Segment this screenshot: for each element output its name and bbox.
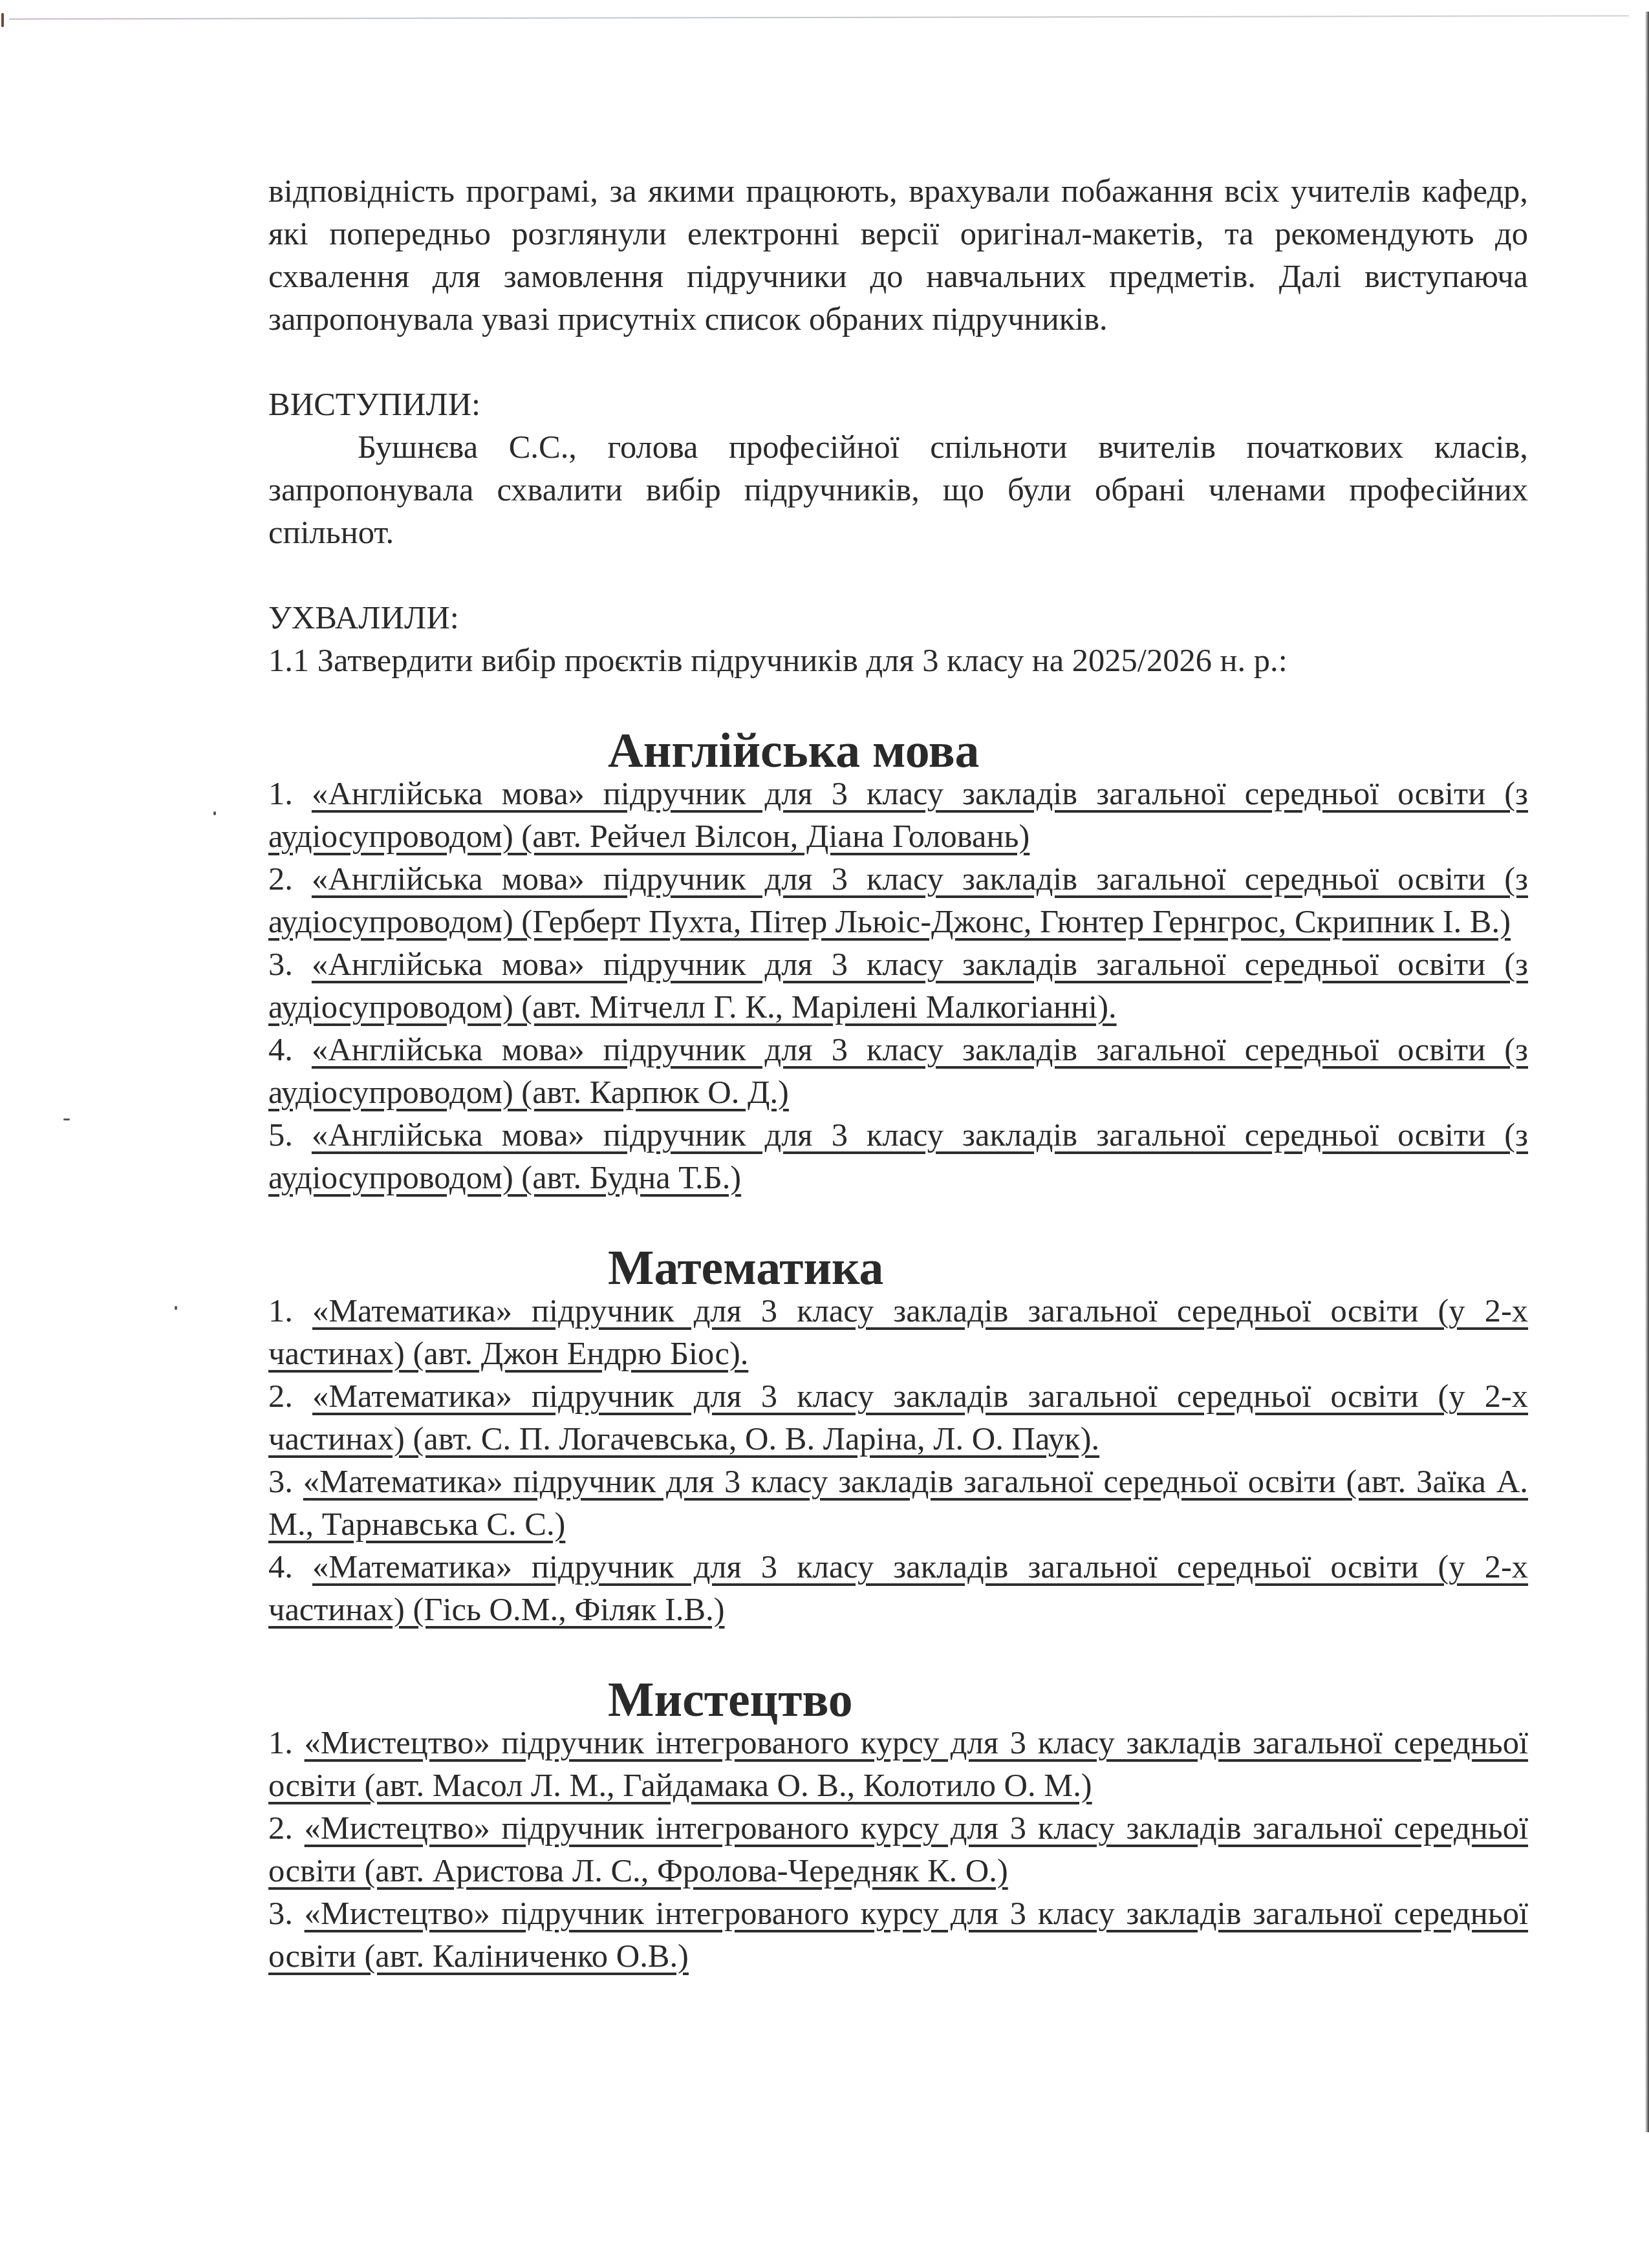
- scan-edge-line: [9, 15, 1629, 19]
- spacer: [268, 681, 1528, 729]
- scan-left-mark: [1, 13, 4, 27]
- item-text: «Математика» підручник для 3 класу закла…: [268, 1378, 1528, 1457]
- spoke-paragraph: Бушнєва С.С., голова професійної спільно…: [268, 425, 1528, 553]
- intro-paragraph: відповідність програмі, за якими працюют…: [268, 169, 1528, 340]
- scan-speck: [175, 1306, 177, 1310]
- section-title-english: Англійська мова: [268, 729, 1528, 772]
- item-text: «Математика» підручник для 3 класу закла…: [268, 1292, 1528, 1371]
- list-item: 2. «Мистецтво» підручник інтегрованого к…: [268, 1806, 1528, 1892]
- item-number: 3.: [268, 1895, 293, 1931]
- item-text: «Мистецтво» підручник інтегрованого курс…: [268, 1810, 1528, 1888]
- item-number: 3.: [268, 946, 293, 982]
- spoke-label: ВИСТУПИЛИ:: [268, 383, 1528, 425]
- item-number: 4.: [268, 1031, 293, 1067]
- list-item: 1. «Мистецтво» підручник інтегрованого к…: [268, 1721, 1528, 1806]
- list-item: 4. «Математика» підручник для 3 класу за…: [268, 1545, 1528, 1631]
- resolution-line: 1.1 Затвердити вибір проєктів підручникі…: [268, 639, 1528, 681]
- spacer: [268, 553, 1528, 596]
- item-text: «Математика» підручник для 3 класу закла…: [268, 1548, 1528, 1627]
- item-number: 2.: [268, 1378, 293, 1414]
- scan-right-edge-shadow: [1645, 12, 1649, 2132]
- section-english: Англійська мова 1. «Англійська мова» під…: [268, 729, 1528, 1199]
- item-number: 1.: [268, 775, 293, 811]
- document-page: відповідність програмі, за якими працюют…: [268, 169, 1528, 1977]
- item-text: «Англійська мова» підручник для 3 класу …: [268, 861, 1528, 939]
- item-number: 1.: [268, 1292, 293, 1329]
- resolved-label: УХВАЛИЛИ:: [268, 596, 1528, 639]
- list-item: 2. «Математика» підручник для 3 класу за…: [268, 1375, 1528, 1460]
- scan-speck: [63, 1118, 70, 1120]
- section-mathematics: Математика 1. «Математика» підручник для…: [268, 1246, 1528, 1631]
- item-number: 2.: [268, 1810, 293, 1846]
- item-text: «Англійська мова» підручник для 3 класу …: [268, 946, 1528, 1025]
- textbook-list-mathematics: 1. «Математика» підручник для 3 класу за…: [268, 1289, 1528, 1631]
- section-title-art: Мистецтво: [268, 1678, 1528, 1721]
- item-number: 5.: [268, 1117, 293, 1153]
- item-text: «Англійська мова» підручник для 3 класу …: [268, 1117, 1528, 1195]
- item-number: 4.: [268, 1548, 293, 1585]
- spacer: [268, 340, 1528, 383]
- section-title-mathematics: Математика: [268, 1246, 1528, 1289]
- section-art: Мистецтво 1. «Мистецтво» підручник інтег…: [268, 1678, 1528, 1977]
- item-number: 3.: [268, 1463, 293, 1499]
- spacer: [268, 1631, 1528, 1678]
- list-item: 3. «Англійська мова» підручник для 3 кла…: [268, 943, 1528, 1028]
- item-text: «Англійська мова» підручник для 3 класу …: [268, 1031, 1528, 1110]
- item-number: 1.: [268, 1724, 293, 1760]
- list-item: 1. «Математика» підручник для 3 класу за…: [268, 1289, 1528, 1375]
- scan-speck: [213, 811, 216, 815]
- list-item: 4. «Англійська мова» підручник для 3 кла…: [268, 1028, 1528, 1113]
- list-item: 3. «Математика» підручник для 3 класу за…: [268, 1460, 1528, 1545]
- item-text: «Математика» підручник для 3 класу закла…: [268, 1463, 1528, 1542]
- spacer: [268, 1199, 1528, 1246]
- list-item: 5. «Англійська мова» підручник для 3 кла…: [268, 1113, 1528, 1199]
- item-text: «Мистецтво» підручник інтегрованого курс…: [268, 1724, 1528, 1803]
- list-item: 2. «Англійська мова» підручник для 3 кла…: [268, 857, 1528, 943]
- list-item: 1. «Англійська мова» підручник для 3 кла…: [268, 772, 1528, 857]
- list-item: 3. «Мистецтво» підручник інтегрованого к…: [268, 1892, 1528, 1977]
- textbook-list-art: 1. «Мистецтво» підручник інтегрованого к…: [268, 1721, 1528, 1977]
- item-text: «Англійська мова» підручник для 3 класу …: [268, 775, 1528, 854]
- textbook-list-english: 1. «Англійська мова» підручник для 3 кла…: [268, 772, 1528, 1199]
- item-number: 2.: [268, 861, 293, 897]
- item-text: «Мистецтво» підручник інтегрованого курс…: [268, 1895, 1528, 1974]
